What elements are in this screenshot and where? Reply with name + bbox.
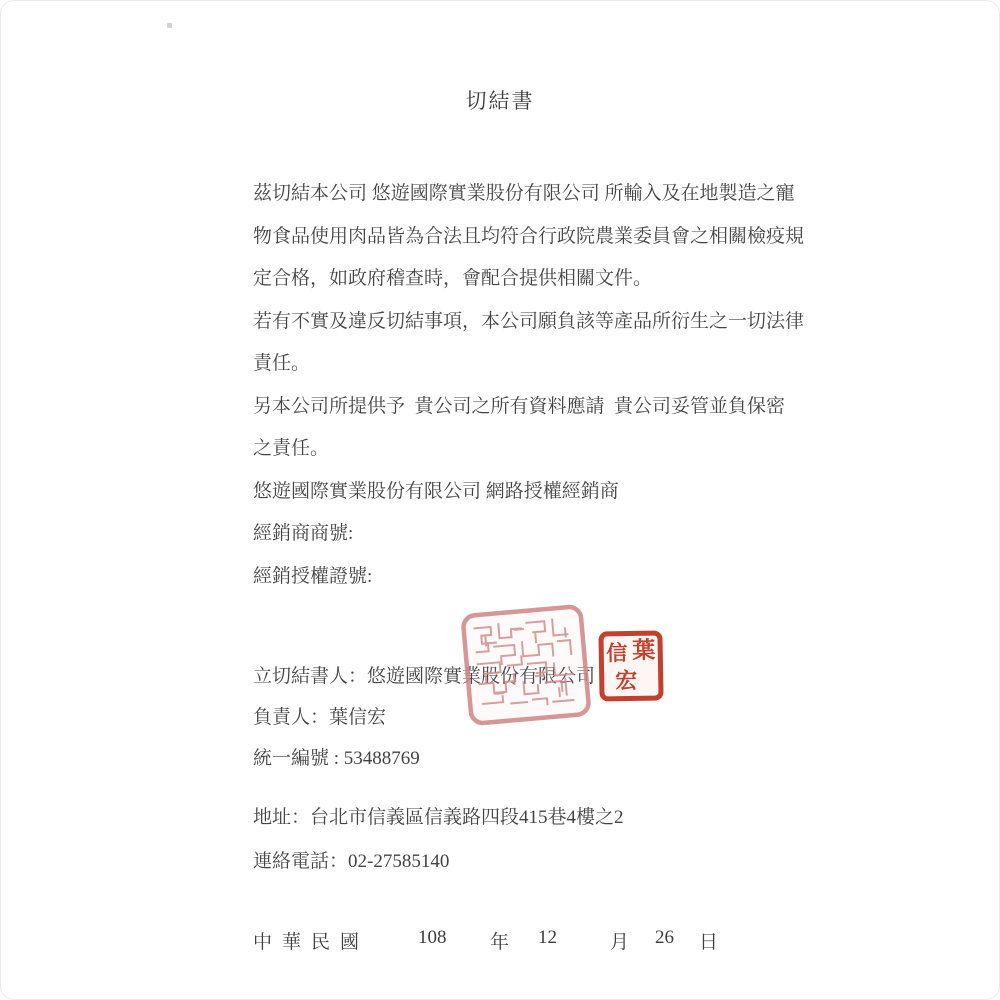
body-text: 茲切結本公司 悠遊國際實業股份有限公司 所輸入及在地製造之寵 物食品使用肉品皆為… (253, 173, 773, 598)
body-line: 經銷商商號: (253, 513, 773, 556)
signer-line-tax-id: 統一編號 : 53488769 (253, 738, 773, 779)
body-line: 經銷授權證號: (253, 556, 773, 599)
body-line: 物食品使用肉品皆為合法且均符合行政院農業委員會之相關檢疫規 (253, 216, 773, 259)
body-line: 茲切結本公司 悠遊國際實業股份有限公司 所輸入及在地製造之寵 (253, 173, 773, 216)
body-line: 責任。 (253, 343, 773, 386)
svg-text:宏: 宏 (615, 668, 637, 693)
date-year: 108 (418, 927, 447, 949)
svg-text:葉: 葉 (632, 637, 655, 663)
company-seal-stamp-icon (458, 602, 594, 729)
body-line: 定合格，如政府稽查時，會配合提供相關文件。 (253, 258, 773, 301)
document-page: 切結書 茲切結本公司 悠遊國際實業股份有限公司 所輸入及在地製造之寵 物食品使用… (0, 0, 1000, 1000)
date-line: 中華民國 108 年 12 月 26 日 (1, 927, 999, 957)
document-title: 切結書 (1, 85, 999, 115)
svg-text:信: 信 (606, 641, 627, 665)
date-era: 中華民國 (253, 927, 369, 954)
date-day-unit: 日 (699, 927, 718, 954)
personal-seal-stamp-icon: 葉 信 宏 (597, 629, 664, 702)
date-day: 26 (655, 927, 674, 949)
date-year-unit: 年 (490, 927, 509, 954)
contact-line-phone: 連絡電話：02-27585140 (253, 840, 773, 884)
contact-block: 地址：台北市信義區信義路四段415巷4樓之2 連絡電話：02-27585140 (253, 796, 773, 884)
body-line: 之責任。 (253, 428, 773, 471)
body-line: 另本公司所提供予 貴公司之所有資料應請 貴公司妥管並負保密 (253, 386, 773, 429)
contact-line-address: 地址：台北市信義區信義路四段415巷4樓之2 (253, 796, 773, 840)
date-month-unit: 月 (610, 927, 629, 954)
date-month: 12 (538, 927, 557, 949)
body-line: 悠遊國際實業股份有限公司 網路授權經銷商 (253, 471, 773, 514)
scan-speck (167, 23, 172, 28)
body-line: 若有不實及違反切結事項，本公司願負該等產品所衍生之一切法律 (253, 301, 773, 344)
